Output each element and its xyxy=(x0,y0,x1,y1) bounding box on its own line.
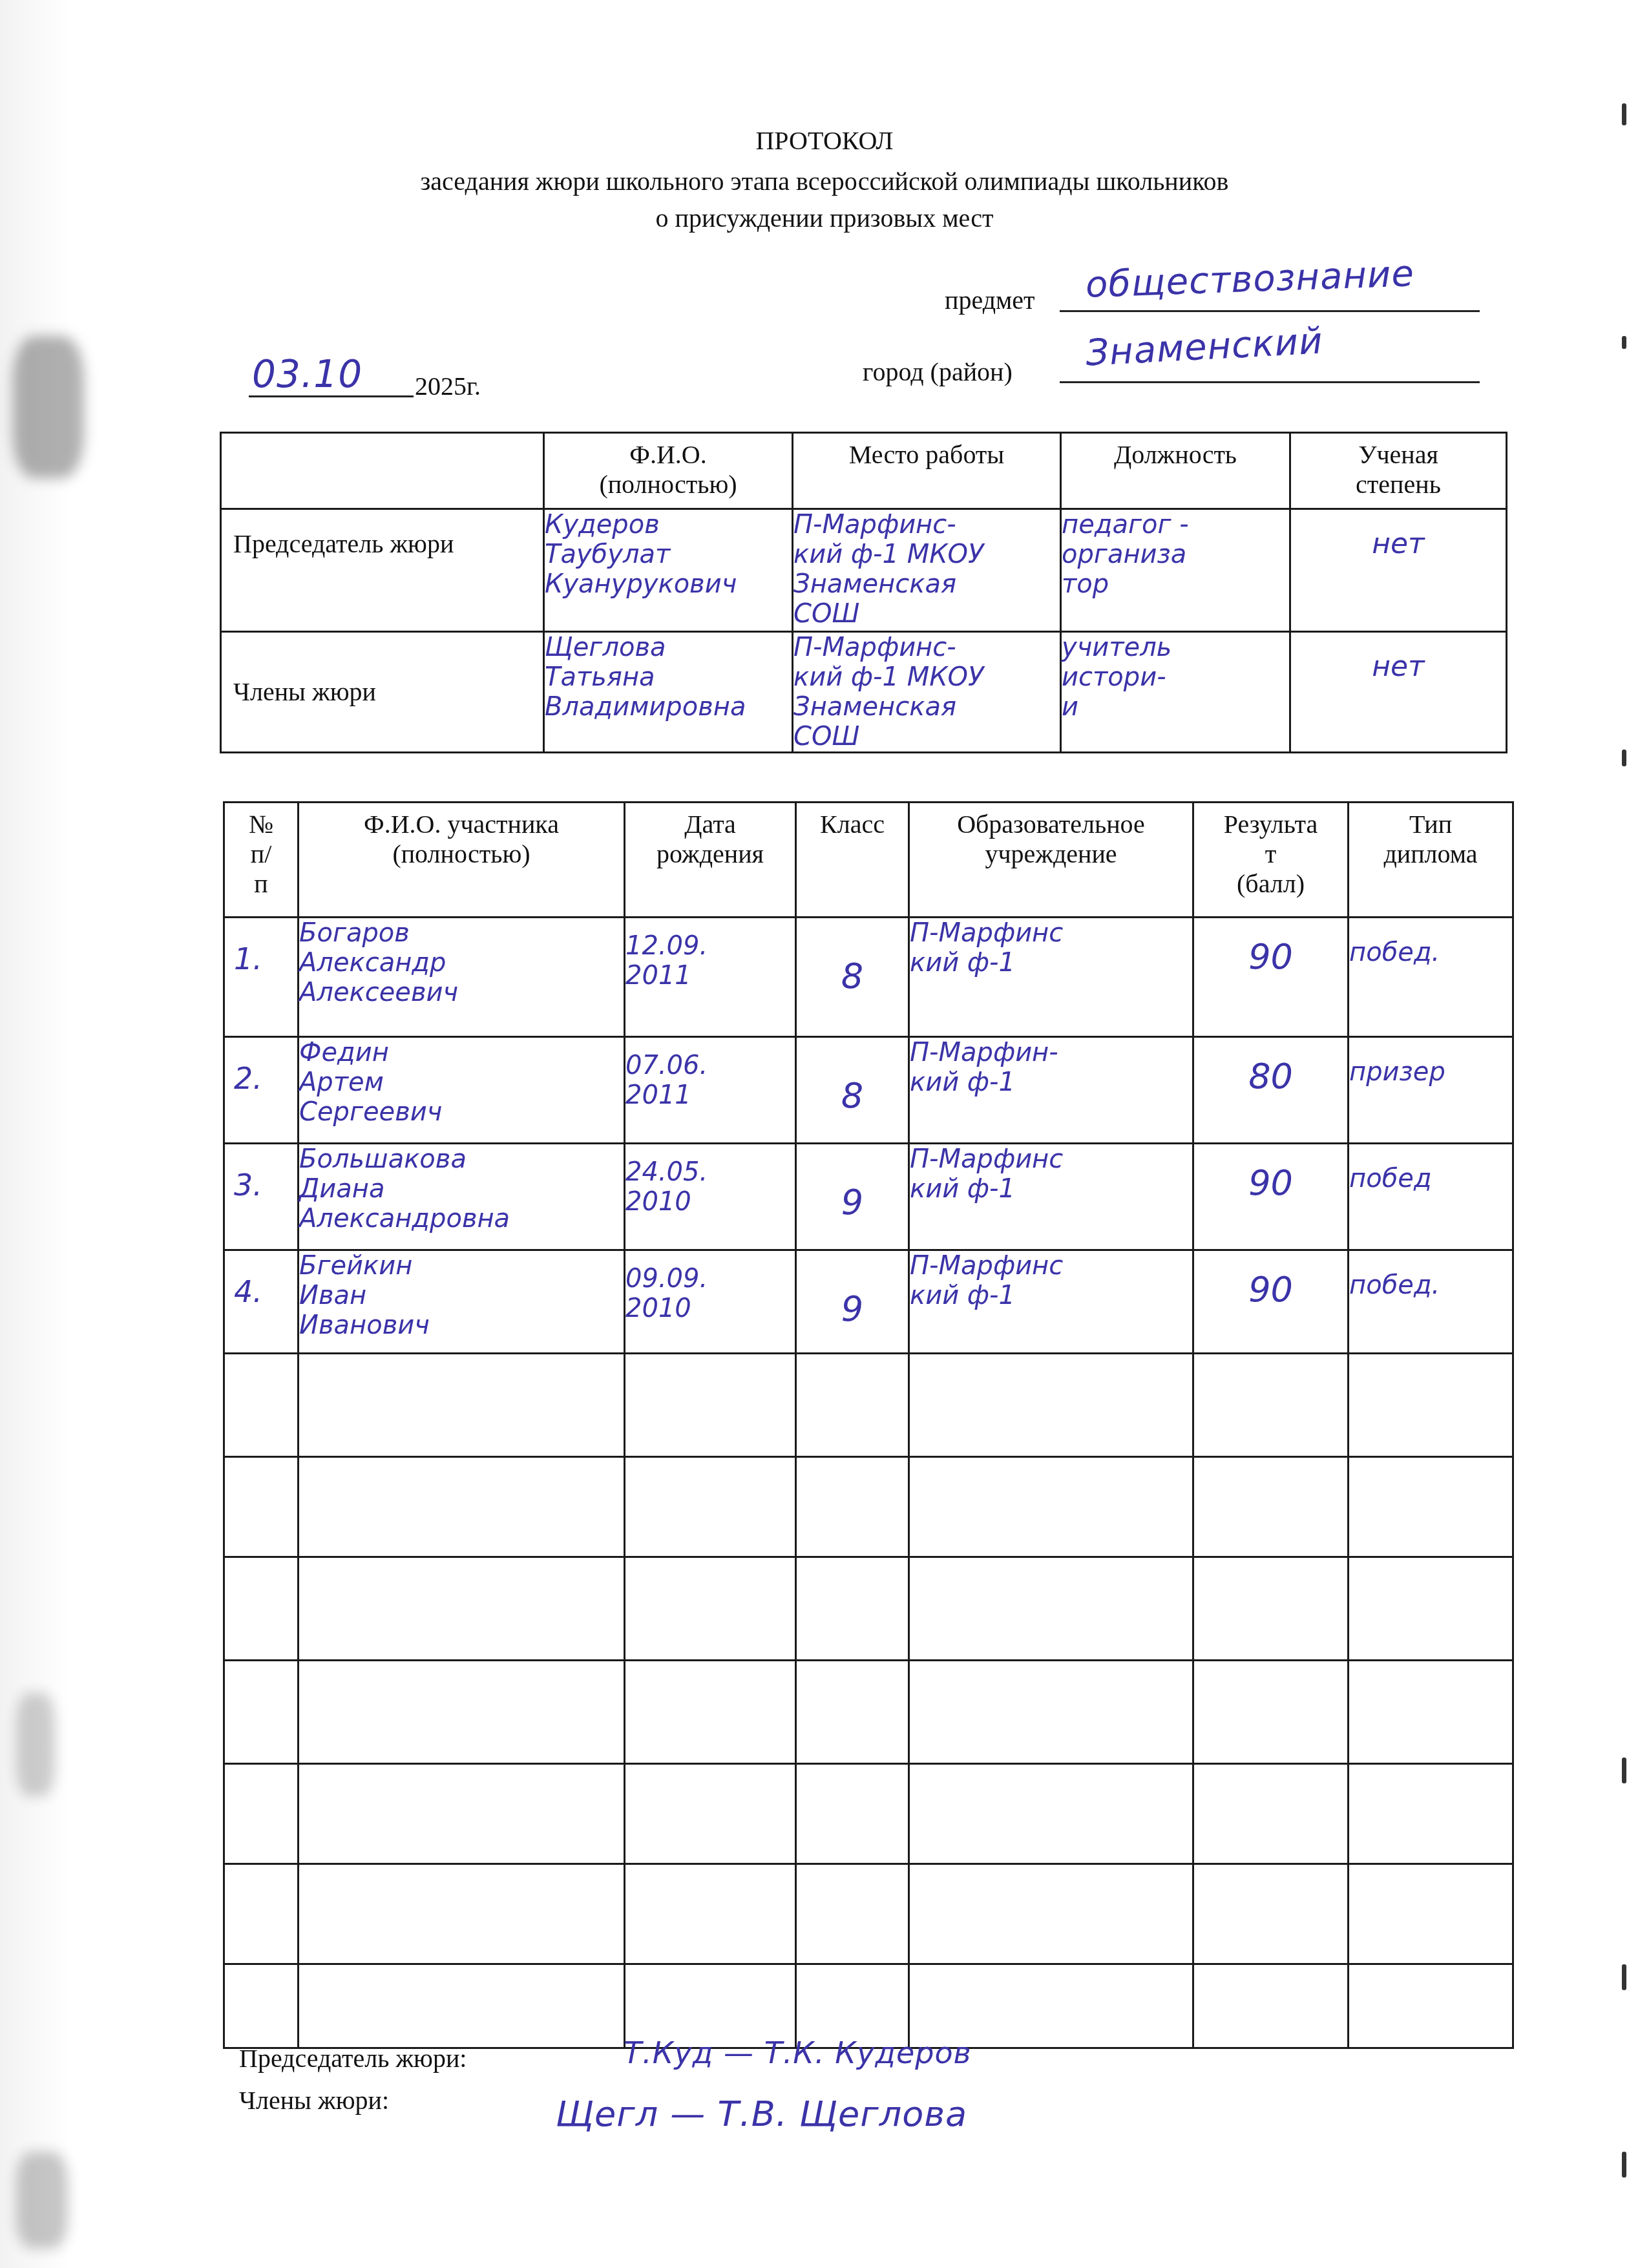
jury-row-members: Члены жюри Щеглова Татьяна Владимировна … xyxy=(221,632,1507,753)
subject-underline xyxy=(1060,310,1480,312)
cell-score[interactable]: 90 xyxy=(1193,1144,1349,1250)
cell-fio[interactable] xyxy=(299,1764,625,1864)
cell-num[interactable] xyxy=(224,1557,299,1661)
cell-birth[interactable]: 24.05. 2010 xyxy=(625,1144,796,1250)
cell-diploma[interactable] xyxy=(1349,1354,1513,1457)
cell-diploma[interactable] xyxy=(1349,1864,1513,1964)
members-signature-label: Члены жюри: xyxy=(239,2086,389,2116)
cell-score[interactable] xyxy=(1193,1964,1349,2048)
cell-score[interactable]: 90 xyxy=(1193,918,1349,1037)
subject-label: предмет xyxy=(945,286,1035,315)
col-number: № п/ п xyxy=(224,803,299,918)
jury-col-position: Должность xyxy=(1061,433,1290,509)
cell-school[interactable] xyxy=(909,1354,1193,1457)
cell-score[interactable] xyxy=(1193,1661,1349,1764)
cell-num[interactable] xyxy=(224,1457,299,1557)
cell-score[interactable] xyxy=(1193,1864,1349,1964)
cell-school[interactable]: П-Марфин- кий ф-1 xyxy=(909,1037,1193,1144)
members-signature[interactable]: Щегл — Т.В. Щеглова xyxy=(556,2094,967,2134)
scan-edge-mark xyxy=(1622,2152,1626,2178)
jury-col-workplace: Место работы xyxy=(793,433,1061,509)
scan-edge-mark xyxy=(1622,1964,1626,1990)
cell-diploma[interactable] xyxy=(1349,1661,1513,1764)
cell-grade[interactable] xyxy=(796,1557,909,1661)
table-row xyxy=(224,1864,1513,1964)
cell-fio[interactable] xyxy=(299,1661,625,1764)
cell-fio[interactable] xyxy=(299,1864,625,1964)
table-row xyxy=(224,1354,1513,1457)
cell-fio[interactable] xyxy=(299,1557,625,1661)
col-grade: Класс xyxy=(796,803,909,918)
date-underline xyxy=(249,395,414,397)
cell-fio[interactable]: Большакова Диана Александровна xyxy=(299,1144,625,1250)
cell-num[interactable]: 1. xyxy=(224,918,299,1037)
cell-diploma[interactable]: призер xyxy=(1349,1037,1513,1144)
col-score: Результа т (балл) xyxy=(1193,803,1349,918)
cell-birth[interactable] xyxy=(625,1764,796,1864)
cell-birth[interactable] xyxy=(625,1661,796,1764)
cell-grade[interactable] xyxy=(796,1354,909,1457)
col-fio: Ф.И.О. участника (полностью) xyxy=(299,803,625,918)
cell-diploma[interactable] xyxy=(1349,1964,1513,2048)
cell-score[interactable] xyxy=(1193,1764,1349,1864)
cell-diploma[interactable]: побед. xyxy=(1349,1250,1513,1354)
participants-table-header: № п/ п Ф.И.О. участника (полностью) Дата… xyxy=(224,803,1513,918)
cell-grade[interactable]: 8 xyxy=(796,1037,909,1144)
cell-birth[interactable]: 09.09. 2010 xyxy=(625,1250,796,1354)
cell-school[interactable] xyxy=(909,1764,1193,1864)
cell-grade[interactable]: 9 xyxy=(796,1250,909,1354)
district-underline xyxy=(1060,381,1480,383)
cell-school[interactable] xyxy=(909,1864,1193,1964)
cell-score[interactable] xyxy=(1193,1557,1349,1661)
jury-col-empty xyxy=(221,433,544,509)
cell-fio[interactable]: Федин Артем Сергеевич xyxy=(299,1037,625,1144)
jury-row-chair: Председатель жюри Кудеров Таубулат Куану… xyxy=(221,509,1507,632)
participants-table-body: 1.Богаров Александр Алексеевич12.09. 201… xyxy=(224,918,1513,2048)
jury-role: Председатель жюри xyxy=(221,509,544,632)
cell-school[interactable]: П-Марфинс кий ф-1 xyxy=(909,1250,1193,1354)
cell-diploma[interactable]: побед xyxy=(1349,1144,1513,1250)
jury-degree[interactable]: нет xyxy=(1290,509,1507,632)
cell-num[interactable] xyxy=(224,1354,299,1457)
participants-table: № п/ п Ф.И.О. участника (полностью) Дата… xyxy=(223,801,1514,2049)
scan-edge-mark xyxy=(1622,336,1626,349)
cell-num[interactable]: 2. xyxy=(224,1037,299,1144)
cell-school[interactable]: П-Марфинс кий ф-1 xyxy=(909,1144,1193,1250)
scan-smudge xyxy=(13,336,84,478)
col-birth-date: Дата рождения xyxy=(625,803,796,918)
jury-col-degree: Ученая степень xyxy=(1290,433,1507,509)
cell-score[interactable] xyxy=(1193,1457,1349,1557)
scan-smudge xyxy=(16,1693,55,1796)
scan-edge-mark xyxy=(1622,1758,1626,1783)
cell-num[interactable] xyxy=(224,1964,299,2048)
jury-fio[interactable]: Щеглова Татьяна Владимировна xyxy=(544,632,793,753)
col-diploma: Тип диплома xyxy=(1349,803,1513,918)
scan-edge-mark xyxy=(1622,103,1626,125)
table-row xyxy=(224,1457,1513,1557)
jury-workplace[interactable]: П-Марфинс- кий ф-1 МКОУ Знаменская СОШ xyxy=(793,632,1061,753)
jury-table-header: Ф.И.О. (полностью) Место работы Должност… xyxy=(221,433,1507,509)
cell-grade[interactable] xyxy=(796,1457,909,1557)
document-title: ПРОТОКОЛ xyxy=(0,126,1649,156)
jury-position[interactable]: учитель истори- и xyxy=(1061,632,1290,753)
cell-school[interactable] xyxy=(909,1661,1193,1764)
document-subtitle: заседания жюри школьного этапа всероссий… xyxy=(0,167,1649,196)
jury-role: Члены жюри xyxy=(221,632,544,753)
cell-birth[interactable] xyxy=(625,1557,796,1661)
subject-value[interactable]: обществознание xyxy=(1085,253,1415,306)
cell-birth[interactable] xyxy=(625,1354,796,1457)
col-school: Образовательное учреждение xyxy=(909,803,1193,918)
year-label: 2025г. xyxy=(415,372,481,401)
cell-num[interactable]: 4. xyxy=(224,1250,299,1354)
cell-school[interactable] xyxy=(909,1457,1193,1557)
jury-col-fio: Ф.И.О. (полностью) xyxy=(544,433,793,509)
cell-score[interactable]: 90 xyxy=(1193,1250,1349,1354)
cell-grade[interactable]: 9 xyxy=(796,1144,909,1250)
cell-fio[interactable] xyxy=(299,1354,625,1457)
table-row xyxy=(224,1661,1513,1764)
cell-score[interactable] xyxy=(1193,1354,1349,1457)
cell-num[interactable]: 3. xyxy=(224,1144,299,1250)
jury-workplace[interactable]: П-Марфинс- кий ф-1 МКОУ Знаменская СОШ xyxy=(793,509,1061,632)
cell-grade[interactable]: 8 xyxy=(796,918,909,1037)
district-value[interactable]: Знаменский xyxy=(1085,320,1324,374)
table-row: 1.Богаров Александр Алексеевич12.09. 201… xyxy=(224,918,1513,1037)
cell-birth[interactable]: 12.09. 2011 xyxy=(625,918,796,1037)
jury-degree[interactable]: нет xyxy=(1290,632,1507,753)
chair-signature[interactable]: Т.Куд — Т.К. Кудеров xyxy=(624,2035,972,2070)
cell-grade[interactable] xyxy=(796,1864,909,1964)
cell-grade[interactable] xyxy=(796,1661,909,1764)
document-subtitle-2: о присуждении призовых мест xyxy=(0,204,1649,233)
cell-grade[interactable] xyxy=(796,1764,909,1864)
cell-diploma[interactable]: побед. xyxy=(1349,918,1513,1037)
cell-birth[interactable] xyxy=(625,1864,796,1964)
chair-signature-label: Председатель жюри: xyxy=(239,2044,467,2074)
date-value[interactable]: 03.10 xyxy=(252,352,362,396)
cell-fio[interactable]: Богаров Александр Алексеевич xyxy=(299,918,625,1037)
scan-smudge xyxy=(16,2152,68,2249)
jury-table: Ф.И.О. (полностью) Место работы Должност… xyxy=(220,432,1507,753)
table-row xyxy=(224,1557,1513,1661)
cell-diploma[interactable] xyxy=(1349,1457,1513,1557)
jury-position[interactable]: педагог - организа тор xyxy=(1061,509,1290,632)
cell-school[interactable]: П-Марфинс кий ф-1 xyxy=(909,918,1193,1037)
scan-edge-mark xyxy=(1622,750,1626,766)
table-row: 2.Федин Артем Сергеевич07.06. 20118П-Мар… xyxy=(224,1037,1513,1144)
table-row: 4.Бгейкин Иван Иванович09.09. 20109П-Мар… xyxy=(224,1250,1513,1354)
cell-num[interactable] xyxy=(224,1661,299,1764)
cell-diploma[interactable] xyxy=(1349,1557,1513,1661)
cell-fio[interactable]: Бгейкин Иван Иванович xyxy=(299,1250,625,1354)
table-row: 3.Большакова Диана Александровна24.05. 2… xyxy=(224,1144,1513,1250)
jury-fio[interactable]: Кудеров Таубулат Куанурукович xyxy=(544,509,793,632)
cell-diploma[interactable] xyxy=(1349,1764,1513,1864)
cell-birth[interactable] xyxy=(625,1457,796,1557)
cell-birth[interactable]: 07.06. 2011 xyxy=(625,1037,796,1144)
cell-fio[interactable] xyxy=(299,1964,625,2048)
cell-fio[interactable] xyxy=(299,1457,625,1557)
cell-score[interactable]: 80 xyxy=(1193,1037,1349,1144)
cell-num[interactable] xyxy=(224,1864,299,1964)
district-label: город (район) xyxy=(863,357,1013,387)
cell-num[interactable] xyxy=(224,1764,299,1864)
table-row xyxy=(224,1764,1513,1864)
cell-school[interactable] xyxy=(909,1557,1193,1661)
